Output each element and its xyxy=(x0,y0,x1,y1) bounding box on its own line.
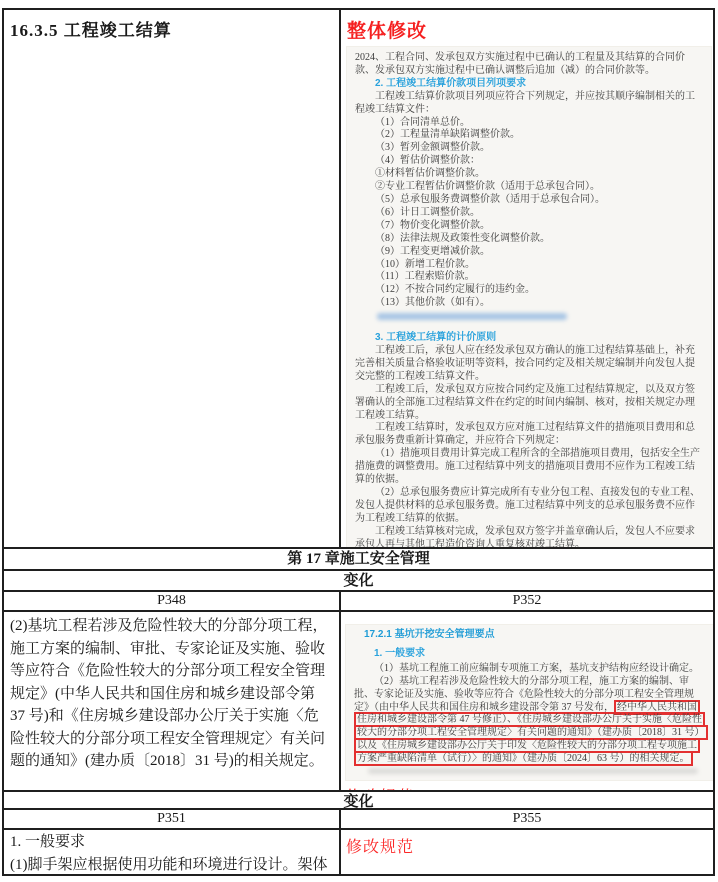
snippet-blue-heading: 2. 工程竣工结算价款项目列项要求 xyxy=(355,78,703,91)
snippet-paragraph: 2024、工程合同、发承包双方实施过程中已确认的工程量及其结算的合同价款、发承包… xyxy=(355,52,703,78)
modify-note-2: 修改规范 xyxy=(346,834,713,857)
list-item: ②专业工程暂估价调整价款（适用于总承包合同）。 xyxy=(355,181,703,194)
overall-change-label: 整体修改 xyxy=(347,16,713,43)
list-item: （7）物价变化调整价款。 xyxy=(355,220,703,233)
list-item: 工程竣工结算时，发承包双方应对施工过程结算文件的措施项目费用和总承包服务费重新计… xyxy=(355,422,703,448)
table-row: P348 P352 xyxy=(4,590,713,610)
section-title: 16.3.5 工程竣工结算 xyxy=(4,10,339,41)
list-item: （10）新增工程价款。 xyxy=(355,259,703,272)
old-text-paragraph: (2)基坑工程若涉及危险性较大的分部分项工程，施工方案的编制、审批、专家论证及实… xyxy=(4,612,339,773)
snippet-blue-heading: 3. 工程竣工结算的计价原则 xyxy=(355,332,703,345)
cell-section-title: 16.3.5 工程竣工结算 xyxy=(4,10,339,547)
list-item: （2）总承包服务费应计算完成所有专业分包工程、直接发包的专业工程、发包人提供材料… xyxy=(355,487,703,526)
snippet-blue-subheading: 1. 一般要求 xyxy=(354,648,706,661)
list-item: （1）合同清单总价。 xyxy=(355,117,703,130)
scanned-snippet-settlement: 2024、工程合同、发承包双方实施过程中已确认的工程量及其结算的合同价款、发承包… xyxy=(347,47,711,547)
list-item: （9）工程变更增减价款。 xyxy=(355,246,703,259)
table-row: (2)基坑工程若涉及危险性较大的分部分项工程，施工方案的编制、审批、专家论证及实… xyxy=(4,610,713,790)
page-number-left-2: P351 xyxy=(4,810,339,828)
table-row: P351 P355 xyxy=(4,808,713,828)
snippet-paragraph: （2）基坑工程若涉及危险性较大的分部分项工程，施工方案的编制、审批、专家论证及实… xyxy=(354,676,706,766)
cell-overall-change: 整体修改 2024、工程合同、发承包双方实施过程中已确认的工程量及其结算的合同价… xyxy=(339,10,713,547)
change-header-1: 变化 xyxy=(4,569,713,590)
table-row: 16.3.5 工程竣工结算 整体修改 2024、工程合同、发承包双方实施过程中已… xyxy=(4,10,713,547)
change-header-2: 变化 xyxy=(4,790,713,808)
snippet-paragraph: 工程竣工结算价款项目列项应符合下列规定，并应按其顺序编制相关的工程竣工结算文件： xyxy=(355,91,703,117)
list-item: （11）工程索赔价款。 xyxy=(355,271,703,284)
principle-paragraphs: 工程竣工后，承包人应在经发承包双方确认的施工过程结算基础上，补充完善相关质量合格… xyxy=(355,345,703,547)
cell-old-text: (2)基坑工程若涉及危险性较大的分部分项工程，施工方案的编制、审批、专家论证及实… xyxy=(4,612,339,790)
list-item: （4）暂估价调整价款： xyxy=(355,155,703,168)
price-items-list: （1）合同清单总价。（2）工程量清单缺陷调整价款。（3）暂列金额调整价款。（4）… xyxy=(355,117,703,311)
list-item: （12）不按合同约定履行的违约金。 xyxy=(355,284,703,297)
list-item: （8）法律法规及政策性变化调整价款。 xyxy=(355,233,703,246)
list-item: （3）暂列金额调整价款。 xyxy=(355,142,703,155)
list-item: ①材料暂估价调整价款。 xyxy=(355,168,703,181)
scanned-snippet-excavation: 17.2.1 基坑开挖安全管理要点 1. 一般要求 （1）基坑工程施工前应编制专… xyxy=(346,625,713,780)
list-item: （6）计日工调整价款。 xyxy=(355,207,703,220)
cell-scaffold-text: 1. 一般要求 (1)脚手架应根据使用功能和环境进行设计。架体 xyxy=(4,830,339,874)
snippet-section-heading: 17.2.1 基坑开挖安全管理要点 xyxy=(354,629,706,642)
list-item: （1）措施项目费用计算完成工程所含的全部措施项目费用，包括安全生产措施费的调整费… xyxy=(355,448,703,487)
list-item: （5）总承包服务费调整价款（适用于总承包合同）。 xyxy=(355,194,703,207)
chapter-header: 第 17 章施工安全管理 xyxy=(4,547,713,569)
snippet-paragraph: （1）基坑工程施工前应编制专项施工方案，基坑支护结构应经设计确定。 xyxy=(354,663,706,676)
cell-modify-note: 修改规范 xyxy=(339,830,713,874)
document-page: 16.3.5 工程竣工结算 整体修改 2024、工程合同、发承包双方实施过程中已… xyxy=(0,0,718,882)
page-number-right-2: P355 xyxy=(339,810,713,828)
list-item: （2）工程量清单缺陷调整价款。 xyxy=(355,129,703,142)
redacted-line xyxy=(377,313,567,320)
page-number-left-1: P348 xyxy=(4,592,339,610)
list-item: 工程竣工后，承包人应在经发承包双方确认的施工过程结算基础上，补充完善相关质量合格… xyxy=(355,345,703,384)
list-item: 工程竣工结算核对完成，发承包双方签字并盖章确认后，发包人不应要求承包人再与其他工… xyxy=(355,526,703,547)
list-item: 工程竣工后，发承包双方应按合同约定及施工过程结算规定，以及双方签署确认的全部施工… xyxy=(355,384,703,423)
list-item: （13）其他价款（如有）。 xyxy=(355,297,703,310)
cell-new-text: 17.2.1 基坑开挖安全管理要点 1. 一般要求 （1）基坑工程施工前应编制专… xyxy=(339,612,713,790)
scaffold-line-2: (1)脚手架应根据使用功能和环境进行设计。架体 xyxy=(4,853,339,874)
comparison-table: 16.3.5 工程竣工结算 整体修改 2024、工程合同、发承包双方实施过程中已… xyxy=(2,8,715,876)
scaffold-line-1: 1. 一般要求 xyxy=(4,830,339,853)
page-number-right-1: P352 xyxy=(339,592,713,610)
table-row: 1. 一般要求 (1)脚手架应根据使用功能和环境进行设计。架体 修改规范 xyxy=(4,828,713,874)
faded-line xyxy=(368,768,698,774)
